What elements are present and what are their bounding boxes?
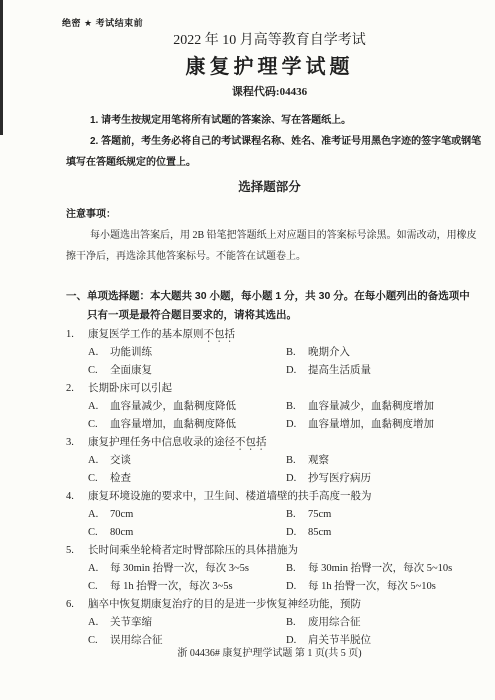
option-label: B. xyxy=(286,614,308,632)
general-instructions: 1. 请考生按规定用笔将所有试题的答案涂、写在答题纸上。 2. 答题前，考生务必… xyxy=(66,110,485,173)
question-1: 1.康复医学工作的基本原则不包括 A.功能训练 B.晚期介入 C.全面康复 D.… xyxy=(66,326,493,380)
option-label: B. xyxy=(286,506,308,524)
option-c: C.80cm xyxy=(88,524,286,542)
option-text: 功能训练 xyxy=(110,347,152,358)
question-stem: 5.长时间乘坐轮椅者定时臀部除压的具体措施为 xyxy=(66,542,493,560)
option-label: C. xyxy=(88,416,110,434)
question-number: 6. xyxy=(66,596,88,614)
option-text: 交谈 xyxy=(110,455,131,466)
option-row: A.功能训练 B.晚期介入 xyxy=(66,344,493,362)
question-number: 5. xyxy=(66,542,88,560)
option-a: A.每 30min 抬臀一次，每次 3~5s xyxy=(88,560,286,578)
question-number: 4. xyxy=(66,488,88,506)
question-stem-text: 康复护理任务中信息收录的途径 xyxy=(88,437,235,448)
question-stem: 2.长期卧床可以引起 xyxy=(66,380,493,398)
option-d: D.85cm xyxy=(286,524,493,542)
exam-paper-page: 绝密 ★ 考试结束前 2022 年 10 月高等教育自学考试 康复护理学试题 课… xyxy=(0,0,495,700)
option-row: A.每 30min 抬臀一次，每次 3~5s B.每 30min 抬臀一次，每次… xyxy=(66,560,493,578)
option-row: C.检查 D.抄写医疗病历 xyxy=(66,470,493,488)
option-label: A. xyxy=(88,614,110,632)
option-b: B.晚期介入 xyxy=(286,344,493,362)
notice-line-1: 每小题选出答案后，用 2B 铅笔把答题纸上对应题目的答案标号涂黑。如需改动，用橡… xyxy=(66,225,485,246)
option-label: B. xyxy=(286,560,308,578)
option-label: D. xyxy=(286,416,308,434)
exam-session-title: 2022 年 10 月高等教育自学考试 xyxy=(62,32,477,50)
option-b: B.废用综合征 xyxy=(286,614,493,632)
paper-title: 康复护理学试题 xyxy=(62,55,477,79)
question-stem: 6.脑卒中恢复期康复治疗的目的是进一步恢复神经功能，预防 xyxy=(66,596,493,614)
question-2: 2.长期卧床可以引起 A.血容量减少，血黏稠度降低 B.血容量减少，血黏稠度增加… xyxy=(66,380,493,434)
option-text: 70cm xyxy=(110,509,133,520)
option-text: 每 1h 抬臀一次，每次 5~10s xyxy=(308,581,436,592)
option-row: C.每 1h 抬臀一次，每次 3~5s D.每 1h 抬臀一次，每次 5~10s xyxy=(66,578,493,596)
question-number: 3. xyxy=(66,434,88,452)
part-one-heading-line-2: 只有一项是最符合题目要求的，请将其选出。 xyxy=(66,306,491,325)
question-number: 2. xyxy=(66,380,88,398)
page-footer: 浙 04436# 康复护理学试题 第 1 页(共 5 页) xyxy=(62,644,477,659)
option-a: A.功能训练 xyxy=(88,344,286,362)
option-label: A. xyxy=(88,344,110,362)
option-label: C. xyxy=(88,578,110,596)
option-text: 晚期介入 xyxy=(308,347,350,358)
question-stem: 3.康复护理任务中信息收录的途径不包括 xyxy=(66,434,493,452)
question-list: 1.康复医学工作的基本原则不包括 A.功能训练 B.晚期介入 C.全面康复 D.… xyxy=(66,326,493,650)
option-label: A. xyxy=(88,398,110,416)
option-label: B. xyxy=(286,452,308,470)
option-label: C. xyxy=(88,470,110,488)
option-text: 每 30min 抬臀一次，每次 5~10s xyxy=(308,563,452,574)
notice-title: 注意事项： xyxy=(66,204,485,225)
classification-label: 绝密 ★ 考试结束前 xyxy=(62,16,143,29)
option-label: D. xyxy=(286,470,308,488)
question-stem: 4.康复环境设施的要求中，卫生间、楼道墙壁的扶手高度一般为 xyxy=(66,488,493,506)
option-text: 75cm xyxy=(308,509,331,520)
option-row: A.关节挛缩 B.废用综合征 xyxy=(66,614,493,632)
option-d: D.血容量增加，血黏稠度增加 xyxy=(286,416,493,434)
course-code: 课程代码:04436 xyxy=(62,86,477,99)
question-stem-emphasis: 不包括 xyxy=(235,437,267,448)
option-d: D.每 1h 抬臀一次，每次 5~10s xyxy=(286,578,493,596)
option-b: B.75cm xyxy=(286,506,493,524)
instruction-item-1: 1. 请考生按规定用笔将所有试题的答案涂、写在答题纸上。 xyxy=(66,110,485,131)
option-row: A.血容量减少，血黏稠度降低 B.血容量减少，血黏稠度增加 xyxy=(66,398,493,416)
option-d: D.提高生活质量 xyxy=(286,362,493,380)
option-a: A.70cm xyxy=(88,506,286,524)
option-row: C.血容量增加，血黏稠度降低 D.血容量增加，血黏稠度增加 xyxy=(66,416,493,434)
option-label: A. xyxy=(88,452,110,470)
option-c: C.血容量增加，血黏稠度降低 xyxy=(88,416,286,434)
option-a: A.关节挛缩 xyxy=(88,614,286,632)
question-stem: 1.康复医学工作的基本原则不包括 xyxy=(66,326,493,344)
question-stem-text: 脑卒中恢复期康复治疗的目的是进一步恢复神经功能，预防 xyxy=(88,599,361,610)
section-title: 选择题部分 xyxy=(0,180,495,195)
option-b: B.观察 xyxy=(286,452,493,470)
option-label: A. xyxy=(88,560,110,578)
option-row: A.交谈 B.观察 xyxy=(66,452,493,470)
instruction-item-2-continued: 填写在答题纸规定的位置上。 xyxy=(66,152,485,173)
option-text: 85cm xyxy=(308,527,331,538)
option-label: C. xyxy=(88,524,110,542)
option-text: 废用综合征 xyxy=(308,617,361,628)
option-text: 关节挛缩 xyxy=(110,617,152,628)
option-text: 每 1h 抬臀一次，每次 3~5s xyxy=(110,581,233,592)
question-4: 4.康复环境设施的要求中，卫生间、楼道墙壁的扶手高度一般为 A.70cm B.7… xyxy=(66,488,493,542)
option-label: C. xyxy=(88,362,110,380)
question-stem-text: 长时间乘坐轮椅者定时臀部除压的具体措施为 xyxy=(88,545,298,556)
question-3: 3.康复护理任务中信息收录的途径不包括 A.交谈 B.观察 C.检查 D.抄写医… xyxy=(66,434,493,488)
paper-header: 2022 年 10 月高等教育自学考试 康复护理学试题 课程代码:04436 xyxy=(0,0,495,99)
question-6: 6.脑卒中恢复期康复治疗的目的是进一步恢复神经功能，预防 A.关节挛缩 B.废用… xyxy=(66,596,493,650)
option-b: B.每 30min 抬臀一次，每次 5~10s xyxy=(286,560,493,578)
option-row: C.80cm D.85cm xyxy=(66,524,493,542)
option-label: D. xyxy=(286,362,308,380)
option-text: 检查 xyxy=(110,473,131,484)
option-label: D. xyxy=(286,524,308,542)
option-text: 血容量减少，血黏稠度降低 xyxy=(110,401,236,412)
option-b: B.血容量减少，血黏稠度增加 xyxy=(286,398,493,416)
option-text: 80cm xyxy=(110,527,133,538)
notice-block: 注意事项： 每小题选出答案后，用 2B 铅笔把答题纸上对应题目的答案标号涂黑。如… xyxy=(66,204,485,267)
scan-edge-artifact xyxy=(0,0,3,135)
option-text: 每 30min 抬臀一次，每次 3~5s xyxy=(110,563,249,574)
notice-line-2: 擦干净后，再选涂其他答案标号。不能答在试题卷上。 xyxy=(66,246,485,267)
option-label: B. xyxy=(286,398,308,416)
option-label: D. xyxy=(286,578,308,596)
option-label: A. xyxy=(88,506,110,524)
option-text: 血容量减少，血黏稠度增加 xyxy=(308,401,434,412)
question-stem-emphasis: 不包括 xyxy=(204,329,236,340)
question-number: 1. xyxy=(66,326,88,344)
option-text: 血容量增加，血黏稠度增加 xyxy=(308,419,434,430)
instruction-item-2: 2. 答题前，考生务必将自己的考试课程名称、姓名、准考证号用黑色字迹的签字笔或钢… xyxy=(66,131,485,152)
option-a: A.血容量减少，血黏稠度降低 xyxy=(88,398,286,416)
option-a: A.交谈 xyxy=(88,452,286,470)
question-5: 5.长时间乘坐轮椅者定时臀部除压的具体措施为 A.每 30min 抬臀一次，每次… xyxy=(66,542,493,596)
option-text: 全面康复 xyxy=(110,365,152,376)
option-c: C.检查 xyxy=(88,470,286,488)
option-text: 观察 xyxy=(308,455,329,466)
part-one-heading: 一、单项选择题：本大题共 30 小题，每小题 1 分，共 30 分。在每小题列出… xyxy=(66,287,491,325)
option-c: C.每 1h 抬臀一次，每次 3~5s xyxy=(88,578,286,596)
question-stem-text: 康复环境设施的要求中，卫生间、楼道墙壁的扶手高度一般为 xyxy=(88,491,372,502)
option-text: 提高生活质量 xyxy=(308,365,371,376)
option-row: C.全面康复 D.提高生活质量 xyxy=(66,362,493,380)
option-text: 血容量增加，血黏稠度降低 xyxy=(110,419,236,430)
option-d: D.抄写医疗病历 xyxy=(286,470,493,488)
question-stem-text: 康复医学工作的基本原则 xyxy=(88,329,204,340)
option-label: B. xyxy=(286,344,308,362)
option-row: A.70cm B.75cm xyxy=(66,506,493,524)
option-c: C.全面康复 xyxy=(88,362,286,380)
part-one-heading-line-1: 一、单项选择题：本大题共 30 小题，每小题 1 分，共 30 分。在每小题列出… xyxy=(66,287,491,306)
question-stem-text: 长期卧床可以引起 xyxy=(88,383,172,394)
option-text: 抄写医疗病历 xyxy=(308,473,371,484)
